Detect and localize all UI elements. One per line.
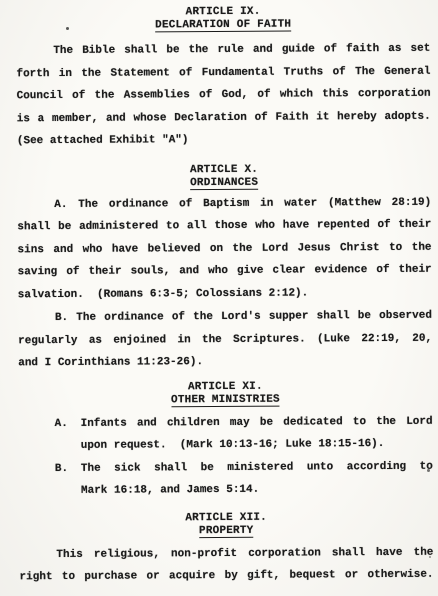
scan-speck	[427, 469, 430, 472]
paragraph-line: and I Corinthians 11:23-26).	[18, 350, 432, 375]
paragraph-line: regularly as enjoined in the Scriptures.…	[18, 327, 432, 352]
article-11-list: A.Infants and children may be dedicated …	[19, 410, 434, 503]
article-10-subtitle: ORDINANCES	[190, 176, 258, 189]
article-12-paragraph: This religious, non-profit corporation s…	[19, 541, 433, 589]
paragraph-line: forth in the Statement of Fundamental Tr…	[16, 60, 430, 85]
list-item-text: Infants and children may be dedicated to…	[81, 415, 433, 429]
article-10-paragraph-b: B. The ordinance of the Lord's supper sh…	[18, 305, 432, 375]
list-marker: A.	[55, 412, 68, 435]
article-9-subtitle-row: DECLARATION OF FAITH	[16, 18, 430, 34]
paragraph-line: saving of their souls, and who give clea…	[18, 259, 432, 284]
paragraph-line: B. The ordinance of the Lord's supper sh…	[18, 305, 432, 330]
article-9-heading-group: ARTICLE IX. DECLARATION OF FAITH	[16, 5, 430, 34]
paragraph-line: This religious, non-profit corporation s…	[19, 541, 433, 566]
article-11-subtitle-row: OTHER MINISTRIES	[18, 392, 432, 408]
article-12-heading-group: ARTICLE XII. PROPERTY	[19, 510, 433, 539]
list-item-a: A.Infants and children may be dedicated …	[19, 410, 433, 458]
list-item-text: Mark 16:18, and James 5:14.	[81, 484, 259, 497]
article-9-paragraph: The Bible shall be the rule and guide of…	[16, 38, 431, 153]
article-9-subtitle: DECLARATION OF FAITH	[155, 19, 291, 33]
list-marker: B.	[55, 457, 68, 480]
paragraph-line: The Bible shall be the rule and guide of…	[16, 38, 430, 63]
article-12-subtitle: PROPERTY	[199, 524, 254, 537]
document-content: ARTICLE IX. DECLARATION OF FAITH The Bib…	[0, 0, 438, 589]
article-11-subtitle: OTHER MINISTRIES	[171, 393, 280, 407]
paragraph-line: right to purchase or acquire by gift, be…	[19, 564, 433, 589]
list-item-text: upon request. (Mark 10:13-16; Luke 18:15…	[81, 438, 385, 452]
paragraph-line: A. The ordinance of Baptism in water (Ma…	[17, 191, 431, 216]
article-10-subtitle-row: ORDINANCES	[17, 175, 431, 191]
paragraph-line: salvation. (Romans 6:3-5; Colossians 2:1…	[18, 281, 432, 306]
article-10-heading-group: ARTICLE X. ORDINANCES	[17, 162, 431, 191]
list-item-line: Mark 16:18, and James 5:14.	[19, 478, 433, 503]
article-11-heading-group: ARTICLE XI. OTHER MINISTRIES	[18, 379, 432, 408]
list-item-line: upon request. (Mark 10:13-16; Luke 18:15…	[19, 433, 433, 458]
list-item-b: B.The sick shall be ministered unto acco…	[19, 455, 433, 503]
list-item-line: B.The sick shall be ministered unto acco…	[19, 455, 433, 480]
article-10-paragraph-a: A. The ordinance of Baptism in water (Ma…	[17, 191, 432, 306]
scan-speck	[66, 27, 69, 30]
scan-speck	[429, 556, 431, 558]
scanned-document-page: ARTICLE IX. DECLARATION OF FAITH The Bib…	[0, 0, 438, 596]
paragraph-line: shall be administered to all those who h…	[17, 214, 431, 239]
list-item-text: The sick shall be ministered unto accord…	[81, 460, 433, 474]
paragraph-line: is a member, and whose Declaration of Fa…	[17, 105, 431, 130]
paragraph-line: sins and who have believed on the Lord J…	[17, 236, 431, 261]
article-12-subtitle-row: PROPERTY	[19, 523, 433, 539]
paragraph-line: Council of the Assemblies of God, of whi…	[17, 83, 431, 108]
paragraph-line: (See attached Exhibit "A")	[17, 128, 431, 153]
list-item-line: A.Infants and children may be dedicated …	[19, 410, 433, 435]
